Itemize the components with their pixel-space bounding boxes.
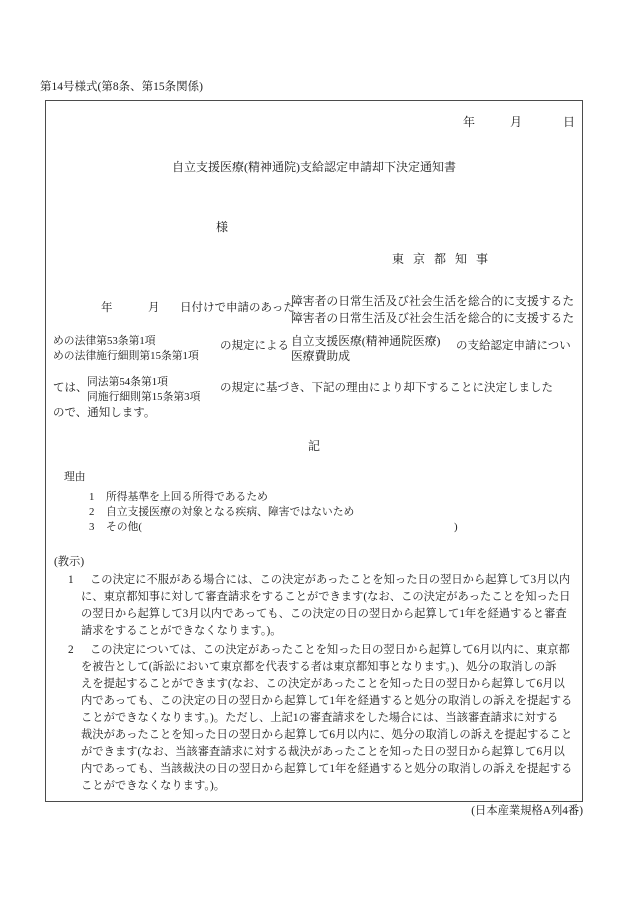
date-month-label: 月 — [510, 116, 522, 128]
paper-size-note: (日本産業規格A列4番) — [471, 806, 583, 817]
ki-separator: 記 — [46, 440, 582, 452]
medical-type-stack: 自立支援医療(精神通院医療) 医療費助成 — [291, 334, 440, 363]
instruction-2-line: 裁決があったことを知った日の翌日から起算して6月以内に、処分の取消しの訴えを提起… — [68, 727, 596, 744]
reason-3-text: その他( — [106, 522, 142, 533]
act-name-option-2: 障害者の日常生活及び社会生活を総合的に支援するた — [291, 310, 574, 327]
act-article-stack: めの法律第53条第1項 めの法律施行細則第15条第1項 — [53, 334, 199, 363]
applied-date-month: 月 — [148, 303, 160, 315]
act-name-stack: 障害者の日常生活及び社会生活を総合的に支援するた 障害者の日常生活及び社会生活を… — [291, 293, 574, 327]
medical-type-option-1: 自立支援医療(精神通院医療) — [291, 334, 440, 349]
reason-3-close-paren: ) — [454, 522, 458, 533]
document-border-box: 年 月 日 自立支援医療(精神通院)支給認定申請却下決定通知書 様 東京都知事 … — [45, 100, 583, 802]
instruction-1-line: 請求をすることができなくなります。)。 — [68, 623, 596, 640]
instruction-item-2: 2 この決定については、この決定があったことを知った日の翌日から起算して6月以内… — [68, 642, 596, 795]
issuer-name: 東京都知事 — [392, 253, 497, 265]
instruction-2-line: を被告として(訴訟において東京都を代表する者は東京都知事となります。)、処分の取… — [68, 659, 596, 676]
reason-1-text: 所得基準を上回る所得であるため — [106, 492, 268, 503]
applied-date-year: 年 — [101, 303, 113, 315]
law-article-stack: 同法第54条第1項 同施行細則第15条第3項 — [87, 375, 200, 404]
law-article-option-2: 同施行細則第15条第3項 — [87, 390, 200, 405]
reasons-heading: 理由 — [64, 472, 86, 483]
instruction-2-line: ができます(なお、当該審査請求に対する裁決があったことを知った日の翌日から起算し… — [68, 744, 596, 761]
act-article-option-2: めの法律施行細則第15条第1項 — [53, 349, 199, 364]
instruction-2-line: 内であっても、この決定の日の翌日から起算して1年を経過すると処分の取消しの訴えを… — [68, 693, 596, 710]
instruction-2-line: えを提起することができます(なお、この決定があったことを知った日の翌日から起算し… — [68, 676, 596, 693]
reason-1-number: 1 — [89, 492, 94, 503]
reason-item-2: 2 自立支援医療の対象となる疾病、障害ではないため — [46, 507, 582, 521]
reason-item-1: 1 所得基準を上回る所得であるため — [46, 492, 582, 506]
instruction-2-number: 2 — [68, 642, 74, 659]
by-provision-text: の規定による — [220, 341, 289, 353]
instruction-2-line: 内であっても、当該裁決の日の翌日から起算して1年を経過すると処分の取消しの訴えを… — [68, 761, 596, 778]
instruction-2-line: ことができなくなります。)。 — [68, 778, 596, 795]
tewa-text: ては、 — [53, 383, 88, 395]
act-article-option-1: めの法律第53条第1項 — [53, 334, 199, 349]
reason-3-number: 3 — [89, 522, 94, 533]
instruction-1-number: 1 — [68, 572, 74, 589]
addressee-honorific: 様 — [216, 221, 228, 233]
document-page: 第14号様式(第8条、第15条関係) 年 月 日 自立支援医療(精神通院)支給認… — [0, 0, 630, 903]
act-name-option-1: 障害者の日常生活及び社会生活を総合的に支援するた — [291, 293, 574, 310]
decision-clause-text: の規定に基づき、下記の理由により却下することに決定しました — [220, 383, 553, 395]
reason-item-3: 3 その他( ) — [46, 522, 582, 536]
medical-type-option-2: 医療費助成 — [291, 349, 440, 364]
reason-2-number: 2 — [89, 507, 94, 518]
date-year-label: 年 — [463, 116, 475, 128]
closing-text: ので、通知します。 — [53, 408, 155, 420]
instruction-1-line: の翌日から起算して3月以内であっても、この決定の日の翌日から起算して1年を経過す… — [68, 606, 596, 623]
instruction-1-line: に、東京都知事に対して審査請求をすることができます(なお、この決定があったことを… — [68, 589, 596, 606]
instructions-heading: (教示) — [54, 557, 84, 568]
instruction-1-line: この決定に不服がある場合には、この決定があったことを知った日の翌日から起算して3… — [68, 572, 596, 589]
document-title: 自立支援医療(精神通院)支給認定申請却下決定通知書 — [46, 161, 582, 173]
instruction-item-1: 1 この決定に不服がある場合には、この決定があったことを知った日の翌日から起算し… — [68, 572, 596, 640]
law-article-option-1: 同法第54条第1項 — [87, 375, 200, 390]
date-day-label: 日 — [563, 116, 575, 128]
form-number-label: 第14号様式(第8条、第15条関係) — [40, 82, 203, 94]
instruction-2-line: この決定については、この決定があったことを知った日の翌日から起算して6月以内に、… — [68, 642, 596, 659]
applied-date-suffix: 日付けで申請のあった — [180, 303, 295, 315]
application-tail-text: の支給認定申請につい — [456, 341, 571, 353]
reason-2-text: 自立支援医療の対象となる疾病、障害ではないため — [106, 507, 354, 518]
instruction-2-line: ことができなくなります。)。ただし、上記1の審査請求をした場合には、当該審査請求… — [68, 710, 596, 727]
